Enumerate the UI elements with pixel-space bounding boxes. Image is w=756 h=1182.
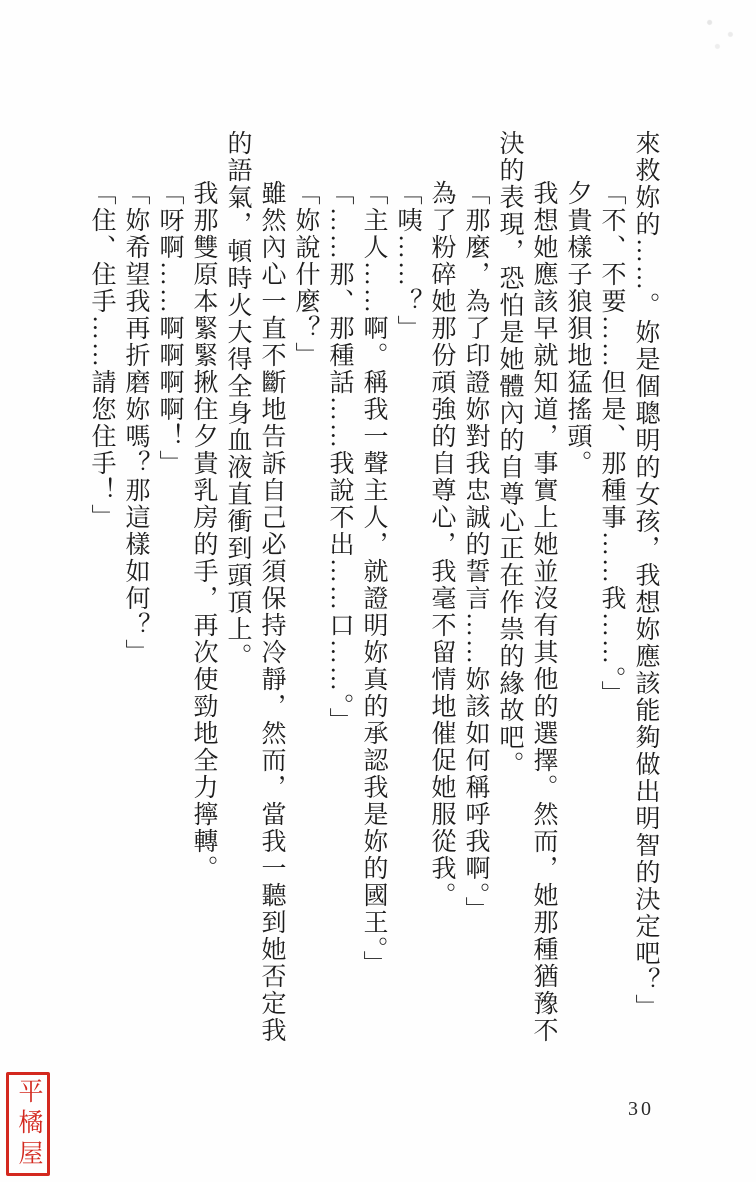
paragraph: 「住、住手……請您住手！」 [84,130,118,1055]
paragraph: 「咦……？」 [390,130,424,1055]
paragraph: 「妳說什麼？」 [288,130,322,1055]
page-number: 30 [628,1098,654,1121]
paragraph: 我那雙原本緊緊揪住夕貴乳房的手，再次使勁地全力擰轉。 [186,130,220,1055]
paragraph: 「呀啊……啊啊啊啊！」 [152,130,186,1055]
book-page: 來救妳的……。妳是個聰明的女孩，我想妳應該能夠做出明智的決定吧？」「不、不要……… [0,0,756,1182]
paragraph: 「主人……啊。稱我一聲主人，就證明妳真的承認我是妳的國王。」 [356,130,390,1055]
publisher-seal: 平橘屋 [6,1072,50,1176]
seal-text: 平橘屋 [10,1078,46,1171]
paragraph: 「不、不要……但是、那種事……我……。」 [594,130,628,1055]
paragraph: 為了粉碎她那份頑強的自尊心，我毫不留情地催促她服從我。 [424,130,458,1055]
paragraph: 雖然內心一直不斷地告訴自己必須保持冷靜，然而，當我一聽到她否定我的語氣，頓時火大… [220,130,288,1055]
paragraph: 來救妳的……。妳是個聰明的女孩，我想妳應該能夠做出明智的決定吧？」 [628,130,662,1055]
paragraph: 「妳希望我再折磨妳嗎？那這樣如何？」 [118,130,152,1055]
scan-artifact [694,8,746,56]
paragraph: 夕貴樣子狼狽地猛搖頭。 [560,130,594,1055]
paragraph: 「……那、那種話……我說不出……口……。」 [322,130,356,1055]
paragraph: 「那麼，為了印證妳對我忠誠的誓言……妳該如何稱呼我啊。」 [458,130,492,1055]
paragraph: 我想她應該早就知道，事實上她並沒有其他的選擇。然而，她那種猶豫不決的表現，恐怕是… [492,130,560,1055]
text-block: 來救妳的……。妳是個聰明的女孩，我想妳應該能夠做出明智的決定吧？」「不、不要……… [84,130,662,1055]
